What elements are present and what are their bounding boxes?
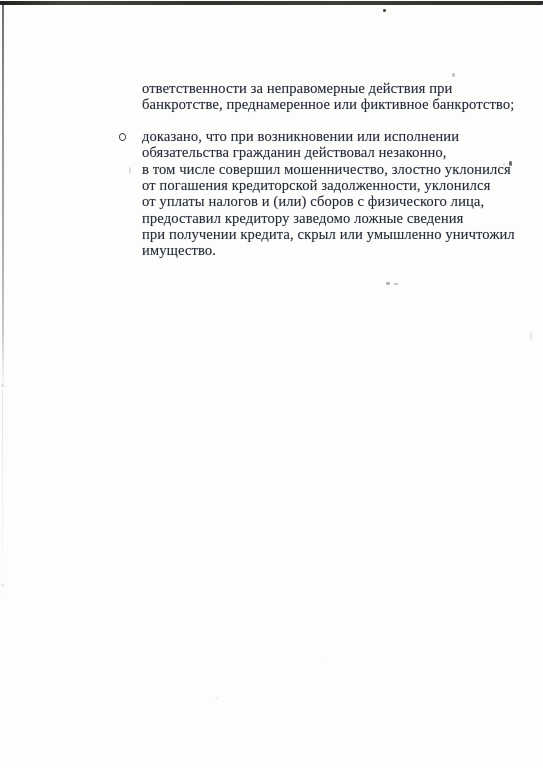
scan-speck: [1, 384, 4, 387]
paragraph-continuation: ответственности за неправомерные действи…: [142, 81, 514, 114]
text-line: банкротстве, преднамеренное или фиктивно…: [142, 97, 514, 113]
scan-edge-top: [0, 1, 543, 5]
bullet-list-item: доказано, что при возникновении или испо…: [142, 129, 515, 260]
scan-edge-left: [2, 5, 4, 390]
text-line: предоставил кредитору заведомо ложные св…: [142, 211, 515, 227]
scan-speck: [1, 584, 4, 587]
scan-speck: [452, 73, 455, 77]
text-line: при получении кредита, скрыл или умышлен…: [142, 227, 515, 243]
scan-speck: [383, 9, 386, 12]
scanned-document-page: ответственности за неправомерные действи…: [0, 0, 543, 768]
scan-speck: [394, 283, 398, 285]
scan-speck: [322, 659, 324, 661]
text-line: доказано, что при возникновении или испо…: [142, 129, 515, 145]
text-line: ответственности за неправомерные действи…: [142, 81, 514, 97]
list-bullet-icon: [119, 133, 126, 141]
text-line: от уплаты налогов и (или) сборов с физич…: [142, 194, 515, 210]
text-line: имущество.: [142, 243, 515, 259]
scan-speck: [215, 697, 218, 700]
text-line: от погашения кредиторской задолженности,…: [142, 178, 515, 194]
scan-speck: [129, 167, 131, 174]
scan-speck: [529, 332, 533, 341]
scan-edge-left-faint: [2, 390, 3, 600]
scan-speck: [386, 282, 390, 285]
text-line: в том числе совершил мошенничество, злос…: [142, 162, 515, 178]
text-line: обязательства гражданин действовал незак…: [142, 145, 515, 161]
